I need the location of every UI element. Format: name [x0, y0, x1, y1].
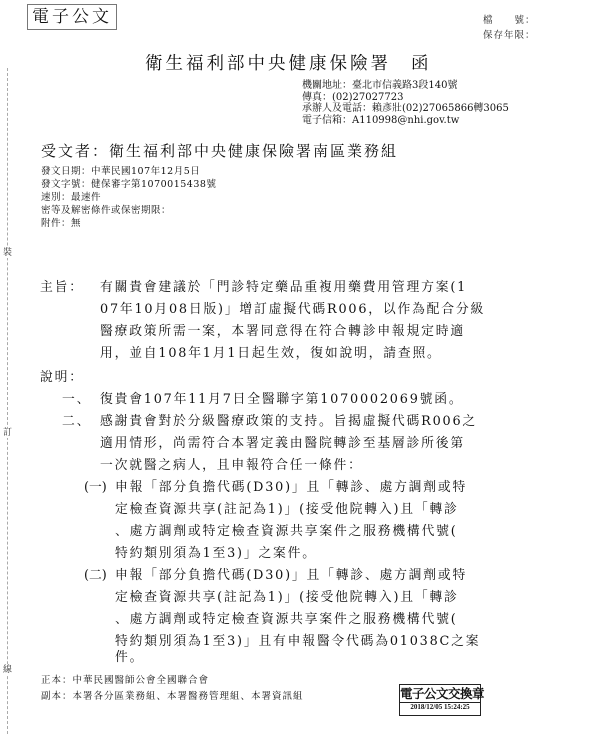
confidentiality: 密等及解密條件或保密期限：	[41, 204, 216, 217]
subject-label: 主旨：	[40, 276, 84, 295]
binding-mark-ding: 訂	[3, 428, 12, 438]
subject-line: 用，並自108年1月1日起生效，復如說明，請查照。	[100, 342, 442, 361]
agency-name: 衛生福利部中央健康保險署	[145, 54, 391, 74]
stamp-title: 電子公文交換章	[400, 685, 480, 702]
agency-address: 機關地址：臺北市信義路3段140號	[302, 80, 509, 92]
document-title: 衛生福利部中央健康保險署函	[145, 50, 432, 75]
stamp-timestamp: 2018/12/05 15:24:25	[400, 702, 480, 712]
contact-block: 機關地址：臺北市信義路3段140號 傳真：(02)27027723 承辦人及電話…	[302, 80, 509, 126]
document-meta: 發文日期：中華民國107年12月5日 發文字號：健保審字第1070015438號…	[41, 165, 216, 230]
condition-line: 、處方調劑或特定檢查資源共享案件之服務機構代號(	[115, 520, 458, 539]
retention-period-label: 保存年限：	[483, 27, 536, 41]
subject-line: 有關貴會建議於「門診特定藥品重複用藥費用管理方案(1	[100, 276, 467, 295]
electronic-document-badge: 電子公文	[27, 4, 117, 30]
condition-line: 特約類別須為1至3)」之案件。	[115, 542, 317, 561]
item-line: 感謝貴會對於分級醫療政策的支持。旨揭虛擬代碼R006之	[100, 410, 477, 429]
file-number-label: 檔 號：	[483, 12, 536, 26]
item-number: 一、	[62, 388, 91, 407]
recipient: 受文者：衛生福利部中央健康保險署南區業務組	[41, 140, 398, 161]
original-recipient: 正本：中華民國醫師公會全國聯合會	[41, 672, 209, 686]
subject-line: 醫療政策所需一案，本署同意得在符合轉診申報規定時適	[100, 320, 465, 339]
binding-mark-xian: 線	[3, 665, 12, 675]
item-line: 一次就醫之病人，且申報符合任一條件：	[100, 454, 363, 473]
binding-mark-zhuang: 裝	[3, 248, 12, 258]
item-number: 二、	[62, 410, 91, 429]
condition-line: 申報「部分負擔代碼(D30)」且「轉診、處方調劑或特	[115, 564, 467, 583]
document-number: 發文字號：健保審字第1070015438號	[41, 178, 216, 191]
exchange-stamp: 電子公文交換章 2018/12/05 15:24:25	[399, 684, 481, 716]
condition-line: 特約類別須為1至3)」且有申報醫令代碼為01038C之案	[115, 630, 480, 649]
condition-line: 申報「部分負擔代碼(D30)」且「轉診、處方調劑或特	[115, 476, 467, 495]
condition-line: 定檢查資源共享(註記為1)」(接受他院轉入)且「轉診	[115, 498, 459, 517]
fax-number: 傳真：(02)27027723	[302, 92, 509, 104]
speed-class: 速別：最速件	[41, 191, 216, 204]
item-line: 復貴會107年11月7日全醫聯字第1070002069號函。	[100, 388, 463, 407]
subject-line: 07年10月08日版)」增訂虛擬代碼R006，以作為配合分級	[100, 298, 485, 317]
issue-date: 發文日期：中華民國107年12月5日	[41, 165, 216, 178]
binding-dashed-line	[7, 68, 8, 734]
attachment: 附件：無	[41, 217, 216, 230]
explanation-label: 說明：	[40, 366, 84, 385]
condition-line: 件。	[115, 646, 144, 665]
document-type: 函	[411, 54, 432, 74]
condition-number: (一)	[84, 476, 107, 495]
item-line: 適用情形，尚需符合本署定義由醫院轉診至基層診所後第	[100, 432, 465, 451]
condition-line: 、處方調劑或特定檢查資源共享案件之服務機構代號(	[115, 608, 458, 627]
condition-number: (二)	[84, 564, 107, 583]
copy-recipients: 副本：本署各分區業務組、本署醫務管理組、本署資訊組	[41, 688, 304, 702]
condition-line: 定檢查資源共享(註記為1)」(接受他院轉入)且「轉診	[115, 586, 459, 605]
email-address: 電子信箱：A110998@nhi.gov.tw	[302, 115, 509, 127]
handler-phone: 承辦人及電話：賴彥壯(02)27065866轉3065	[302, 103, 509, 115]
